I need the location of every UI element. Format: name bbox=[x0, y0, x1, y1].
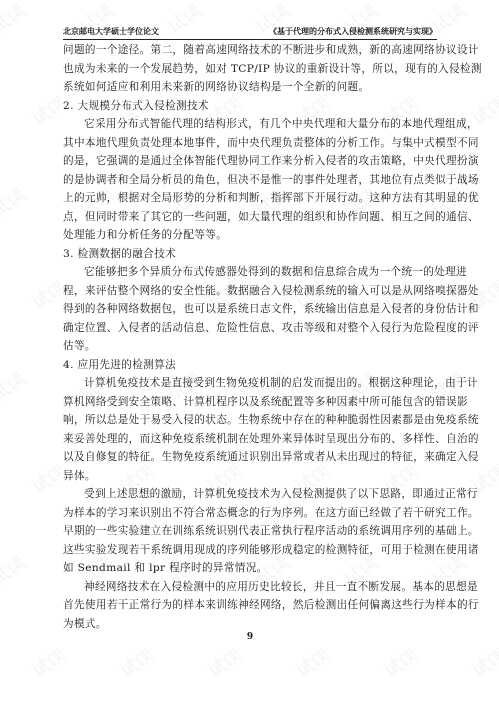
text-line: 为模式。 bbox=[63, 615, 437, 634]
text-line: 程，来评估整个网络的安全性能。数据融合入侵检测系统的输入可以是从网络嗅探器处 bbox=[63, 282, 437, 301]
text-line: 估等。 bbox=[63, 337, 437, 356]
watermark-text: 试读 bbox=[114, 641, 158, 683]
watermark-text: 试读 bbox=[0, 549, 30, 591]
text-line: 首先使用若干正常行为的样本来训练神经网络，然后检测出任何偏离这些行为样本的行 bbox=[63, 596, 437, 615]
watermark-text: 试读 bbox=[26, 641, 70, 683]
text-line: 为样本的学习来识别出不符合常态概念的行为序列。在这方面已经做了若干研究工作。 bbox=[63, 504, 437, 523]
text-line: 早期的一些实验建立在训练系统识别代表正常执行程序活动的系统调用序列的基础上。 bbox=[63, 522, 437, 541]
watermark-text: 试读 bbox=[0, 365, 30, 407]
header-university: 北京邮电大学硕士学位论文 bbox=[63, 26, 159, 37]
text-line: 的是协调者和全局分析员的角色，但决不是惟一的事件处理者，其地位有点类似于战场 bbox=[63, 171, 437, 190]
body-text: 问题的一个途径。第二，随着高速网络技术的不断进步和成熟，新的高速网络协议设计也成… bbox=[63, 41, 437, 633]
text-line: 处理能力和分析任务的分配等等。 bbox=[63, 226, 437, 245]
section-heading: 3. 检测数据的融合技术 bbox=[63, 245, 437, 264]
text-line: 如 Sendmail 和 lpr 程序时的异常情况。 bbox=[63, 559, 437, 578]
text-line: 它能够把多个异质分布式传感器处得到的数据和信息综合成为一个统一的处理进 bbox=[63, 263, 437, 282]
text-line: 得到的各种网络数据包，也可以是系统日志文件，系统输出信息是入侵者的身份估计和 bbox=[63, 300, 437, 319]
text-line: 以及自修复的特征。生物免疫系统通过识别出异常或者从未出现过的特征，来确定入侵 bbox=[63, 448, 437, 467]
text-line: 它采用分布式智能代理的结构形式，有几个中央代理和大量分布的本地代理组成， bbox=[63, 115, 437, 134]
text-line: 神经网络技术在入侵检测中的应用历史比较长，并且一直不断发展。基本的思想是 bbox=[63, 578, 437, 597]
section-heading: 4. 应用先进的检测算法 bbox=[63, 356, 437, 375]
text-line: 响，所以总是处于易受入侵的状态。生物系统中存在的种种脆弱性因素都是由免疫系统 bbox=[63, 411, 437, 430]
text-line: 其中本地代理负责处理本地事件，而中央代理负责整体的分析工作。与集中式模型不同 bbox=[63, 134, 437, 153]
text-line: 这些实验发现若干系统调用现成的序列能够形成稳定的检测特征，可用于检测在使用诸 bbox=[63, 541, 437, 560]
text-line: 算机网络受到安全策略、计算机程序以及系统配置等多种因素中所可能包含的错误影 bbox=[63, 393, 437, 412]
text-line: 也成为未来的一个发展趋势，如对 TCP/IP 协议的重新设计等，所以，现有的入侵… bbox=[63, 60, 437, 79]
text-line: 受到上述思想的激励，计算机免疫技术为入侵检测提供了以下思路，即通过正常行 bbox=[63, 485, 437, 504]
section-heading: 2. 大规模分布式入侵检测技术 bbox=[63, 97, 437, 116]
text-line: 来妥善处理的，而这种免疫系统机制在处理外来异体时呈现出分布的、多样性、自治的 bbox=[63, 430, 437, 449]
running-header: 北京邮电大学硕士学位论文 《基于代理的分布式入侵检测系统研究与实现》 bbox=[63, 25, 437, 40]
text-line: 确定位置、入侵者的活动信息、危险性信息、攻击等级和对整个入侵行为危险程度的评 bbox=[63, 319, 437, 338]
text-line: 点，但同时带来了其它的一些问题，如大量代理的组织和协作问题、相互之间的通信、 bbox=[63, 208, 437, 227]
text-line: 上的元帅，根据对全局形势的分析和判断，指挥部下开展行动。这种方法有其明显的优 bbox=[63, 189, 437, 208]
watermark-text: 试读 bbox=[378, 641, 422, 683]
text-line: 系统如何适应和利用未来新的网络协议结构是一个全新的问题。 bbox=[63, 78, 437, 97]
text-line: 计算机免疫技术是直接受到生物免疫机制的启发而提出的。根据这种理论，由于计 bbox=[63, 374, 437, 393]
header-thesis-title: 《基于代理的分布式入侵检测系统研究与实现》 bbox=[269, 26, 437, 37]
watermark-text: 试读 bbox=[290, 641, 334, 683]
text-line: 的是，它强调的是通过全体智能代理协同工作来分析入侵者的攻击策略，中央代理扮演 bbox=[63, 152, 437, 171]
watermark-text: 试读 bbox=[202, 641, 246, 683]
text-line: 问题的一个途径。第二，随着高速网络技术的不断进步和成熟，新的高速网络协议设计 bbox=[63, 41, 437, 60]
watermark-text: 试读 bbox=[0, 181, 30, 223]
text-line: 异体。 bbox=[63, 467, 437, 486]
page-number: 9 bbox=[63, 632, 437, 642]
watermark-text: 试读 bbox=[0, 0, 30, 39]
watermark-text: 试读 bbox=[466, 641, 499, 683]
